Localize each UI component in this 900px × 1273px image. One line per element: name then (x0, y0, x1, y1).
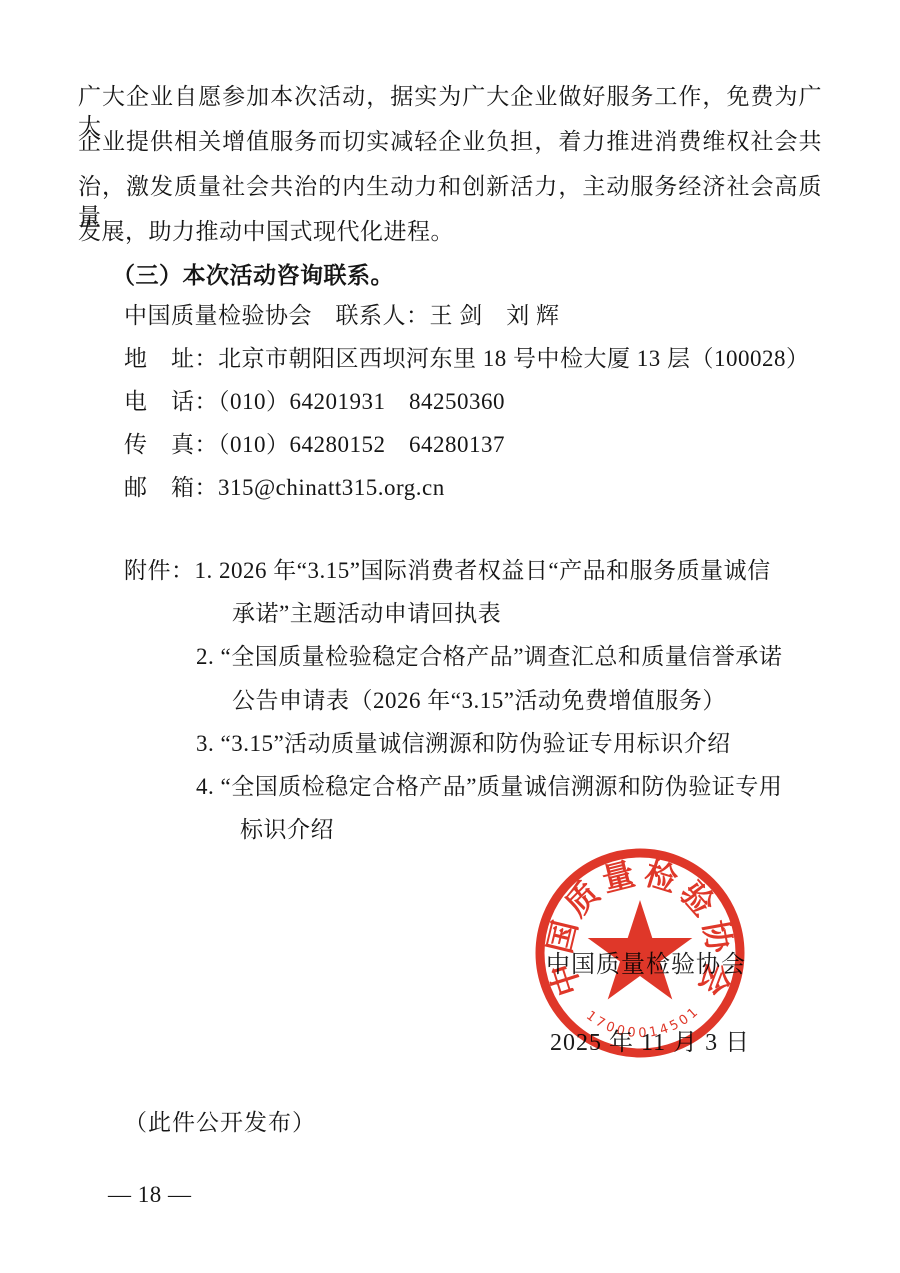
attachment-line: 3. “3.15”活动质量诚信溯源和防伪验证专用标识介绍 (196, 729, 731, 759)
attachment-line: 附件：1. 2026 年“3.15”国际消费者权益日“产品和服务质量诚信 (124, 556, 771, 586)
document-page: 广大企业自愿参加本次活动，据实为广大企业做好服务工作，免费为广大 企业提供相关增… (0, 0, 900, 1273)
contact-email-line: 邮 箱：315@chinatt315.org.cn (124, 473, 445, 503)
contact-address-line: 地 址：北京市朝阳区西坝河东里 18 号中检大厦 13 层（100028） (124, 344, 810, 374)
section-heading: （三）本次活动咨询联系。 (112, 261, 394, 291)
star-icon (588, 900, 693, 1000)
paragraph-line: 发展，助力推动中国式现代化进程。 (78, 217, 454, 247)
contact-fax-line: 传 真：（010）64280152 64280137 (124, 430, 505, 460)
contact-phone-line: 电 话：（010）64201931 84250360 (124, 387, 505, 417)
paragraph-line: 企业提供相关增值服务而切实减轻企业负担，着力推进消费维权社会共 (78, 127, 822, 157)
attachment-line: 标识介绍 (240, 815, 334, 845)
contact-org-line: 中国质量检验协会 联系人：王 剑 刘 辉 (124, 301, 560, 331)
attachment-line: 公告申请表（2026 年“3.15”活动免费增值服务） (232, 686, 726, 716)
attachment-line: 4. “全国质检稳定合格产品”质量诚信溯源和防伪验证专用 (196, 772, 782, 802)
page-number: — 18 — (108, 1180, 192, 1210)
attachment-line: 2. “全国质量检验稳定合格产品”调查汇总和质量信誉承诺 (196, 642, 782, 672)
attachment-line: 承诺”主题活动申请回执表 (232, 599, 501, 629)
official-seal: 中国质量检验协会 170000145019 (530, 843, 750, 1063)
public-release-note: （此件公开发布） (124, 1108, 316, 1138)
